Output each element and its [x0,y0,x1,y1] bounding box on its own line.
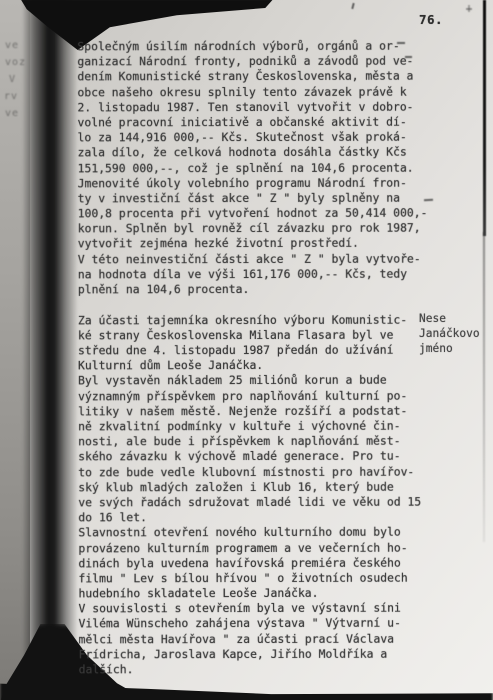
text-line: zala dílo, že celková hodnota dosáhla čá… [78,145,434,161]
paragraph-action-z: Společným úsilím národních výborů, orgán… [77,39,434,298]
text-line: Frídricha, Jaroslava Kapce, Jiřího Moldř… [79,646,435,662]
text-line: ský klub mladých založen i Klub 16, kter… [78,479,434,495]
text-line: ně zkvalitní podmínky v kultuře i výchov… [78,419,434,435]
facing-page-ghost-text: ve [5,108,19,119]
document-text: Společným úsilím národních výborů, orgán… [77,39,434,678]
text-line: lo za 144,916 000,-- Kčs. Skutečnost vša… [78,130,434,146]
page-edge-line-faint [483,232,485,542]
scan-artifact [351,3,354,9]
text-line: V této neinvestiční části akce " Z " byl… [78,251,434,267]
page-number: 76. [419,12,443,27]
text-line: Viléma Wünscheho zahájena výstava " Výtv… [79,616,435,632]
text-line: plnění na 104,6 procenta. [78,282,434,298]
text-line: Za účasti tajemníka okresního výboru Kom… [78,312,434,328]
text-line: V souvislosti s otevřením byla ve výstav… [79,601,435,617]
text-line: ve svých řadách sdružovat mladé lidi ve … [78,495,434,511]
text-line: 151,590 000,--, což je splnění na 104,6 … [78,160,434,176]
text-line: hudebního skladatele Leoše Janáčka. [78,586,434,602]
text-line: vytvořit zejména hezké životní prostředí… [78,236,434,252]
scan-artifact [405,56,412,58]
text-line: na hodnota díla ve výši 161,176 000,-- K… [78,266,434,282]
facing-page-ghost-text: V [9,74,16,85]
facing-page-ghost-text: rv [4,91,18,102]
paragraph-kulturni-dum: Za účasti tajemníka okresního výboru Kom… [78,312,435,677]
text-line: to zde bude vedle klubovní místnosti pro… [78,464,434,480]
scan-artifact [468,5,470,12]
text-line: ty v investiční část akce " Z " byly spl… [78,191,434,207]
text-line: obce našeho okresu splnily tento závazek… [77,84,433,100]
text-line: Jmenovité úkoly volebního programu Národ… [78,175,434,191]
text-line: mělci města Havířova " za účasti prací V… [79,631,435,647]
text-line: Kulturní dům Leoše Janáčka. [78,358,434,374]
text-line: významným příspěvkem pro naplňování kult… [78,388,434,404]
book-gutter-shadow [22,0,78,700]
scan-artifact [397,42,405,44]
page-edge-line [483,0,486,236]
text-line: 100,8 procenta při vytvoření hodnot za 5… [78,206,434,222]
text-line: provázeno kulturním programem a ve večer… [78,540,434,556]
text-line: korun. Splněn byl rovněž cíl závazku pro… [78,221,434,237]
scanned-document-page: ve voz V rv ve 76. Společným úsilím náro… [0,0,493,700]
text-line: dinách byla uvedena havířovská premiéra … [78,555,434,571]
text-line: nosti, ale bude i příspěvkem k naplňován… [78,434,434,450]
text-line: 2. listopadu 1987. Ten stanovil vytvořit… [77,99,433,115]
text-line: Slavnostní otevření nového kulturního do… [78,525,434,541]
text-line: litiky v našem městě. Nejenže rozšíří a … [78,403,434,419]
text-line: volné pracovní iniciativě a občanské akt… [77,115,433,131]
text-line: do 16 let. [78,510,434,526]
text-line: Byl vystavěn nákladem 25 miliónů korun a… [78,373,434,389]
margin-note-line: Nese [419,311,480,326]
text-line: ké strany Československa Milana Flasara … [78,328,434,344]
margin-note-line: jméno [419,341,480,356]
margin-note-line: Janáčkovo [419,326,480,341]
text-line: dalších. [79,662,435,678]
text-line: středu dne 4. listopadu 1987 předán do u… [78,343,434,359]
margin-note: Nese Janáčkovo jméno [419,311,480,357]
text-line: ganizací Národní fronty, podniků a závod… [77,54,433,70]
facing-page-ghost-text: ve [5,40,19,51]
text-line: filmu " Lev s bílou hřívou " o životních… [78,571,434,587]
text-line: ského závazku k výchově mladé generace. … [78,449,434,465]
text-line: dením Komunistické strany Československa… [77,69,433,85]
text-line: Společným úsilím národních výborů, orgán… [77,39,433,55]
